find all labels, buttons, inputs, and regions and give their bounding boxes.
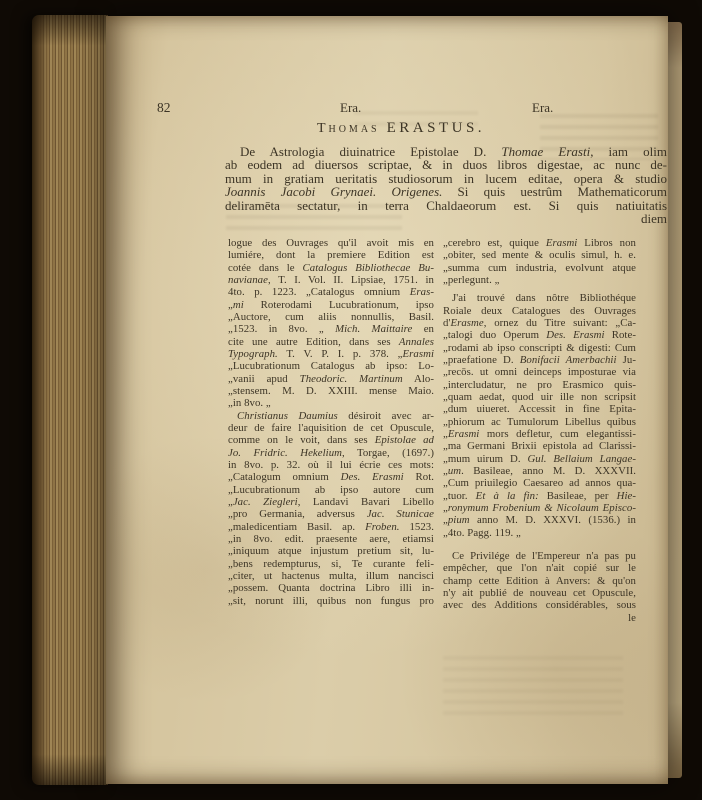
left-column: logue des Ouvrages qu'il avoit mis enlum… bbox=[228, 237, 434, 607]
text-line: „stensem. M. D. XXIII. mense Maio. bbox=[228, 385, 434, 397]
running-title-right: Era. bbox=[532, 100, 553, 116]
right-column: „cerebro est, quique Erasmi Libros non„o… bbox=[443, 237, 636, 624]
text-line: „Lucubrationum ab ipso autore cum bbox=[228, 484, 434, 496]
intro-paragraph: De Astrologia diuinatrice Epistolae D. T… bbox=[225, 145, 667, 225]
text-line: „praefatione D. Bonifacii Amerbachii Ju- bbox=[443, 354, 636, 366]
text-line: „summa cum industria, evolvunt atque bbox=[443, 262, 636, 274]
text-line: „tuor. Et à la fin: Basileae, per Hie- bbox=[443, 490, 636, 502]
text-line: ab eodem ad diuersos scriptae, & in duos… bbox=[225, 158, 667, 171]
text-line: Jo. Fridric. Hekelium, Torgae, (1697.) bbox=[228, 447, 434, 459]
text-line: „pium anno M. D. XXXVI. (1536.) in bbox=[443, 514, 636, 526]
running-title-left: Era. bbox=[340, 100, 361, 116]
text-line: deur de faire l'aquisition de cet Opuscu… bbox=[228, 422, 434, 434]
text-line: „Lucubrationum Catalogus ab ipso: Lo- bbox=[228, 360, 434, 372]
text-line: „um. Basileae, anno M. D. XXXVII. bbox=[443, 465, 636, 477]
text-line: mum in gratiam ueritatis studiosorum in … bbox=[225, 172, 667, 185]
text-line: „in 8vo. „ bbox=[228, 397, 434, 409]
text-line: d'Erasme, ornez du Titre suivant: „Ca- bbox=[443, 317, 636, 329]
text-line: „4to. Pagg. 119. „ bbox=[443, 527, 636, 539]
heading-forename: Thomas bbox=[317, 121, 380, 136]
text-line: „bens redempturus, si, Te curante feli- bbox=[228, 558, 434, 570]
text-line: „mum uirum D. Gul. Bellaium Langae- bbox=[443, 453, 636, 465]
text-line: deliramēta sectatur, in terra Chaldaeoru… bbox=[225, 199, 667, 212]
text-line: „citer, ut hactenus multa, illum nancisc… bbox=[228, 570, 434, 582]
page-number: 82 bbox=[157, 100, 171, 116]
text-line: le bbox=[443, 612, 636, 624]
text-line: „phiorum ac Tumulorum Libellus quibus bbox=[443, 416, 636, 428]
text-line: Roiale deux Catalogues des Ouvrages bbox=[443, 305, 636, 317]
text-line: Christianus Daumius désiroit avec ar- bbox=[228, 410, 434, 422]
text-line: „Auctore, cum aliis nonnullis, Basil. bbox=[228, 311, 434, 323]
show-through-smudge bbox=[443, 656, 623, 716]
book-page: 82 Era. Era. ThomasERASTUS. De Astrologi… bbox=[106, 16, 668, 784]
text-line: „cerebro est, quique Erasmi Libros non bbox=[443, 237, 636, 249]
text-line: „in 8vo. edit. praesente aere, etiamsi bbox=[228, 533, 434, 545]
text-line: „maledicentiam Basil. ap. Froben. 1523. bbox=[228, 521, 434, 533]
text-line: champ cette Edition à Anvers: & qu'on bbox=[443, 575, 636, 587]
text-line: Typograph. T. V. P. I. p. 378. „Erasmi bbox=[228, 348, 434, 360]
article-heading: ThomasERASTUS. bbox=[240, 119, 562, 137]
text-line: diem bbox=[225, 212, 667, 225]
text-line: „talogi duo Operum Des. Erasmi Rote- bbox=[443, 329, 636, 341]
text-line: „perlegunt. „ bbox=[443, 274, 636, 286]
text-line: „Jac. Ziegleri, Landavi Bavari Libello bbox=[228, 496, 434, 508]
text-line: „pro Germania, adversus Jac. Stunicae bbox=[228, 508, 434, 520]
text-line: „1523. in 8vo. „ Mich. Maittaire en bbox=[228, 323, 434, 335]
text-line: De Astrologia diuinatrice Epistolae D. T… bbox=[225, 145, 667, 158]
book-page-edges bbox=[32, 15, 108, 785]
heading-surname: ERASTUS. bbox=[387, 120, 485, 136]
text-line: „mi Roterodami Lucubrationum, ipso bbox=[228, 299, 434, 311]
book-photo: 82 Era. Era. ThomasERASTUS. De Astrologi… bbox=[0, 0, 702, 800]
text-line: comme on le voit, dans ses Epistolae ad bbox=[228, 434, 434, 446]
text-line: „dum uiueret. Accessit in fine Epita- bbox=[443, 403, 636, 415]
text-line: „obiter, sed mente & oculis simul, h. e. bbox=[443, 249, 636, 261]
text-line: lumiére, dont la premiere Edition est bbox=[228, 249, 434, 261]
text-line: n'y ait publié de nouveau cet Opuscule, bbox=[443, 587, 636, 599]
text-line: 4to. p. 1223. „Catalogus omnium Eras- bbox=[228, 286, 434, 298]
text-line: „sit, norunt illi, quibus non fungus pro bbox=[228, 595, 434, 607]
text-line: in 8vo. p. 32. où il lui écrie ces mots: bbox=[228, 459, 434, 471]
text-line: navianae, T. I. Vol. II. Lipsiae, 1751. … bbox=[228, 274, 434, 286]
text-line: „possem. Quanta doctrina Libro illi in- bbox=[228, 582, 434, 594]
text-line: „intercludatur, ne pro Erasmico quis- bbox=[443, 379, 636, 391]
text-line: logue des Ouvrages qu'il avoit mis en bbox=[228, 237, 434, 249]
text-line: Joannis Jacobi Grynaei. Origenes. Si qui… bbox=[225, 185, 667, 198]
text-line: J'ai trouvé dans nôtre Bibliothéque bbox=[443, 292, 636, 304]
text-line: „ronymum Frobenium & Nicolaum Episco- bbox=[443, 502, 636, 514]
text-line: „rodami ab ipso conscripti & digesti: Cu… bbox=[443, 342, 636, 354]
text-line: „Erasmi mors defletur, cum elegantissi- bbox=[443, 428, 636, 440]
text-line: „quam aedat, quod uir ille non scripsit bbox=[443, 391, 636, 403]
text-line: „recōs. ut omni deinceps imposturae via bbox=[443, 366, 636, 378]
text-line: „vanii apud Theodoric. Martinum Alo- bbox=[228, 373, 434, 385]
text-line: avec des Additions considérables, sous bbox=[443, 599, 636, 611]
text-line: „Catalogum omnium Des. Erasmi Rot. bbox=[228, 471, 434, 483]
text-line: empêcher, que l'on n'ait copié sur le bbox=[443, 562, 636, 574]
text-line: cite une autre Edition, dans ses Annales bbox=[228, 336, 434, 348]
text-line: Ce Privilége de l'Empereur n'a pas pu bbox=[443, 550, 636, 562]
text-line: „iniquum atque injustum pretium sit, lu- bbox=[228, 545, 434, 557]
text-line: „Cum priuilegio Caesareo ad annos qua- bbox=[443, 477, 636, 489]
text-line: cotée dans le Catalogus Bibliothecae Bu- bbox=[228, 262, 434, 274]
text-line: „ma Germani Brixii epistola ad Clarissi- bbox=[443, 440, 636, 452]
